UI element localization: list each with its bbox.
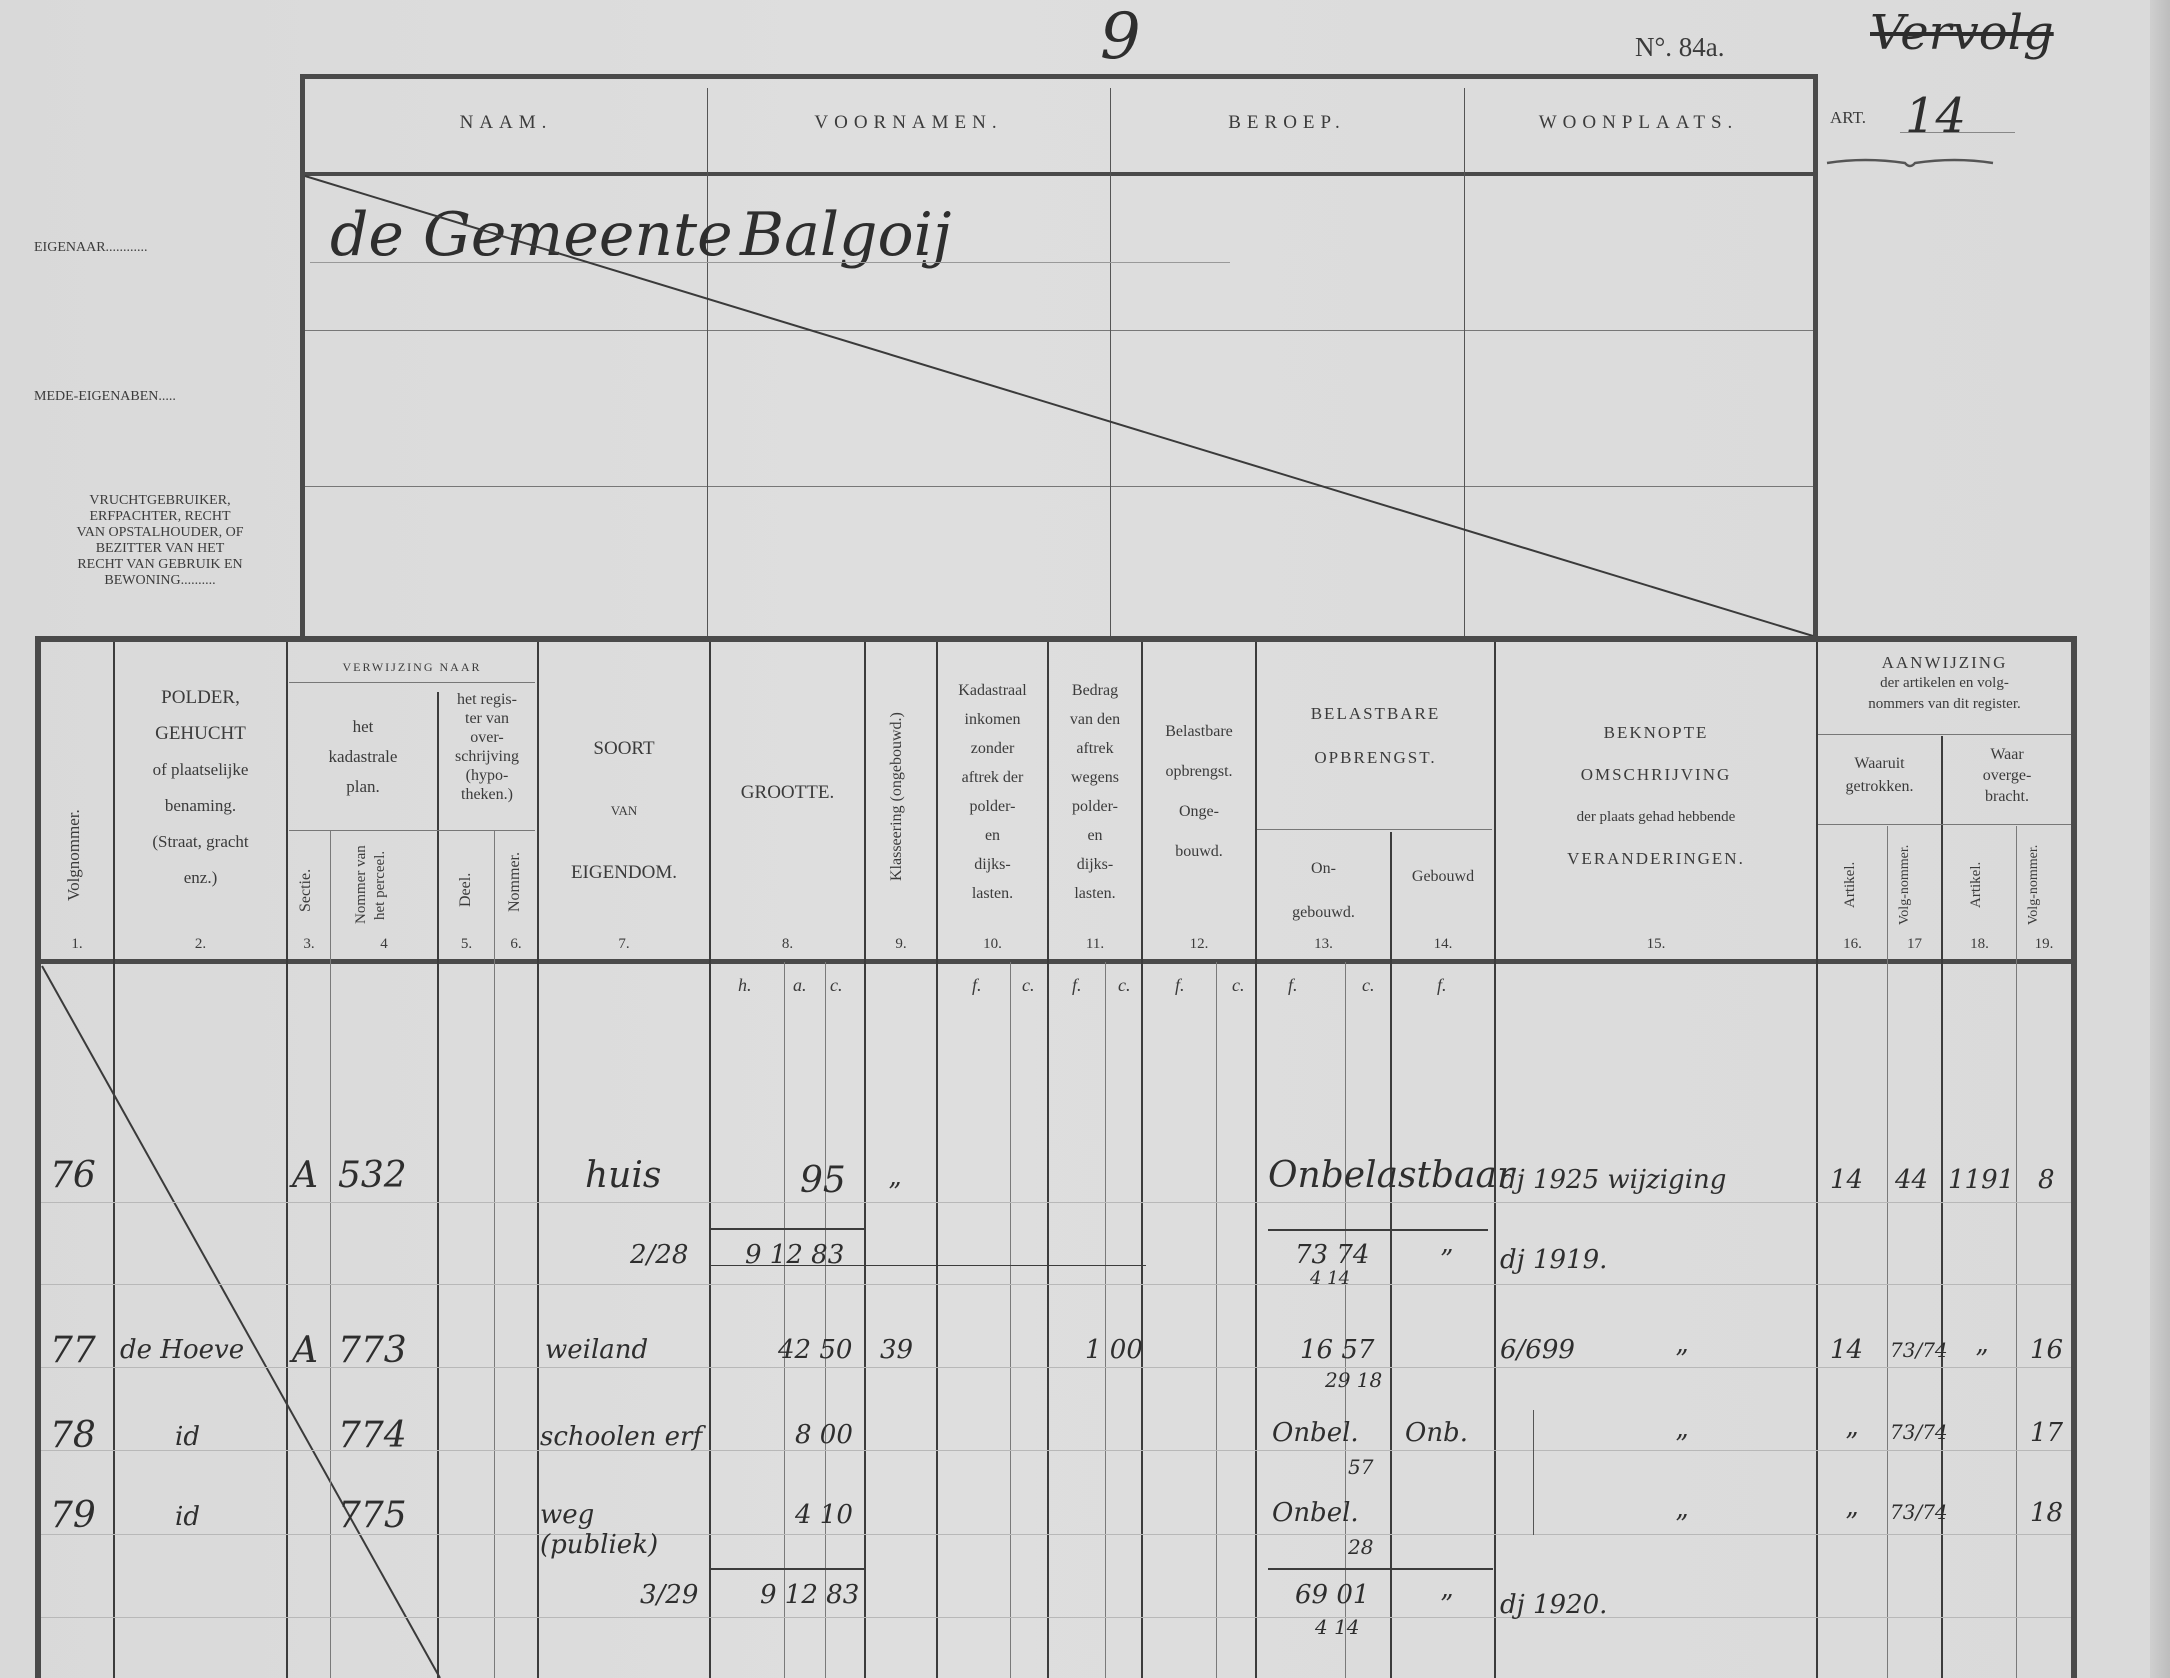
- owner-col-divider-1: [707, 88, 708, 640]
- owner-box-top-border: [300, 74, 1818, 79]
- colnum-16: 16.: [1818, 936, 1887, 953]
- unit-f-13: f.: [1288, 975, 1298, 996]
- col-divider-2-3: [286, 642, 288, 1678]
- grootte-sub-a: [784, 962, 785, 1678]
- page-number: 9: [1100, 0, 1141, 74]
- omschrijving-bracket-line: [1533, 1410, 1534, 1535]
- row77-volgnummer-19: 16: [2030, 1335, 2063, 1365]
- row79-grootte: 4 10: [795, 1500, 853, 1530]
- header-beknopte-omschrijving: BEKNOPTE OMSCHRIJVING der plaats gehad h…: [1496, 712, 1816, 880]
- table-left-border: [35, 636, 41, 1678]
- art-value: 14: [1905, 88, 1966, 144]
- header-belastbare-opbrengst: BELASTBARE OPBRENGST.: [1257, 692, 1494, 780]
- row79-volgnummer-17: 73/74: [1890, 1500, 1948, 1524]
- header-ongebouwd: On- gebouwd.: [1257, 847, 1390, 935]
- colnum-5: 5.: [439, 936, 494, 953]
- col-divider-18-19: [2016, 826, 2017, 1678]
- header-klasseering: Klasseering (ongebouwd.): [888, 672, 906, 922]
- header-gebouwd: Gebouwd: [1392, 868, 1494, 886]
- owner-col-divider-2: [1110, 88, 1111, 640]
- art-label: ART.: [1830, 108, 1866, 128]
- owner-row-divider-1: [305, 330, 1813, 331]
- colnum-4: 4: [331, 936, 437, 953]
- row77-omschrijving: 6/699: [1500, 1335, 1575, 1365]
- subtotal2-omschrijving: dj 1920.: [1500, 1590, 1607, 1620]
- grootte-sub-c: [825, 962, 826, 1678]
- unit-f-14: f.: [1437, 975, 1447, 996]
- row76-omschrijving: dj 1925 wijziging: [1500, 1165, 1726, 1195]
- header-aanwijzing: AANWIJZING der artikelen en volg- nommer…: [1818, 652, 2071, 715]
- grootte-subtotal-rule-1: [711, 1228, 864, 1230]
- row77-polder: de Hoeve: [120, 1335, 244, 1365]
- row76-artikel-18: 1191: [1948, 1165, 2014, 1195]
- row76-volgnummer: 76: [50, 1155, 96, 1196]
- colnum-15: 15.: [1496, 936, 1816, 953]
- table-header-divider: [35, 959, 2077, 964]
- page-edge: [2150, 0, 2170, 1678]
- row78-volgnummer: 78: [50, 1415, 96, 1456]
- row77-aftrek: 1 00: [1085, 1335, 1143, 1365]
- unit-f-11: f.: [1072, 975, 1082, 996]
- subtotal1-belastbaar: 73 74: [1295, 1240, 1369, 1270]
- header-register-hypotheken: het regis- ter van over- schrijving (hyp…: [439, 690, 535, 804]
- row76-artikel-16: 14: [1830, 1165, 1863, 1195]
- header-belastbare-ongebouwd: Belastbare opbrengst. Onge- bouwd.: [1143, 712, 1255, 872]
- label-eigenaar: EIGENAAR............: [34, 240, 148, 256]
- subtotal1-grootte: 9 12 83: [745, 1240, 844, 1270]
- col-divider-5-6: [494, 830, 495, 1678]
- aanwijzing-divider: [1818, 734, 2071, 735]
- colnum-11: 11.: [1049, 936, 1141, 953]
- unit-c-13: c.: [1362, 975, 1375, 996]
- row79-perceel: 775: [338, 1495, 407, 1536]
- verwijzing-divider: [289, 682, 535, 683]
- belastbare-sub-divider: [1257, 829, 1492, 830]
- eigenaar-voornamen: Balgoij: [740, 200, 951, 270]
- subtotal1-gebouwd-ditto: ”: [1440, 1245, 1453, 1275]
- row78-soort: schoolen erf: [540, 1420, 705, 1454]
- header-nommer-perceel: Nommer van het perceel.: [352, 840, 418, 930]
- row76-grootte: 95: [800, 1160, 846, 1201]
- row79-artikel-16: ”: [1845, 1508, 1858, 1538]
- header-bedrag-aftrek: Bedrag van den aftrek wegens polder- en …: [1049, 676, 1141, 908]
- header-beroep: BEROEP.: [1110, 112, 1464, 134]
- colnum-8: 8.: [711, 936, 864, 953]
- row77-belastbaar-sub: 29 18: [1325, 1368, 1382, 1392]
- col12-sub: [1216, 962, 1217, 1678]
- subtotal1-belastbaar-sub: 4 14: [1310, 1268, 1350, 1289]
- colnum-6: 6.: [495, 936, 537, 953]
- rule-2: [41, 1284, 2071, 1285]
- row79-volgnummer-19: 18: [2030, 1498, 2063, 1528]
- row78-grootte: 8 00: [795, 1420, 853, 1450]
- row79-omschrijving-ditto: ”: [1675, 1510, 1688, 1540]
- subtotal2-gebouwd-ditto: ”: [1440, 1590, 1453, 1620]
- row77-volgnummer: 77: [50, 1330, 96, 1371]
- row76-volgnummer-19: 8: [2038, 1165, 2055, 1195]
- subtotal2-belastbaar-sub: 4 14: [1315, 1615, 1360, 1639]
- owner-header-divider: [300, 172, 1818, 176]
- eigenaar-underline: [310, 262, 1230, 263]
- aanwijzing-sub-divider: [1818, 824, 2071, 825]
- colnum-19: 19.: [2017, 936, 2071, 953]
- col13-sub: [1345, 962, 1346, 1678]
- colnum-7: 7.: [539, 936, 709, 953]
- row78-volgnummer-19: 17: [2030, 1418, 2063, 1448]
- colnum-18: 18.: [1943, 936, 2016, 953]
- row77-omschrijving-ditto: ”: [1675, 1345, 1688, 1375]
- flourish-divider: [1825, 155, 1995, 175]
- row77-perceel: 773: [338, 1330, 407, 1371]
- colnum-3: 3.: [288, 936, 330, 953]
- row76-sectie: A: [292, 1155, 318, 1196]
- row76-perceel: 532: [338, 1155, 407, 1196]
- owner-row-divider-2: [305, 486, 1813, 487]
- header-waaruit: Waaruit getrokken.: [1818, 752, 1941, 798]
- subtotal2-belastbaar: 69 01: [1295, 1580, 1369, 1610]
- col10-sub: [1010, 962, 1011, 1678]
- label-vruchtgebruiker: VRUCHTGEBRUIKER, ERFPACHTER, RECHT VAN O…: [30, 493, 290, 589]
- header-voornamen: VOORNAMEN.: [707, 112, 1110, 134]
- row79-polder: id: [175, 1502, 200, 1532]
- row77-klasse: 39: [880, 1335, 913, 1365]
- subtotal2-grootte: 9 12 83: [760, 1580, 859, 1610]
- header-grootte: GROOTTE.: [711, 782, 864, 804]
- row78-volgnummer-17: 73/74: [1890, 1420, 1948, 1444]
- unit-c-12: c.: [1232, 975, 1245, 996]
- verwijzing-sub-divider: [289, 830, 535, 831]
- subtotal1-omschrijving: dj 1919.: [1500, 1245, 1607, 1275]
- colnum-1: 1.: [41, 936, 113, 953]
- row76-soort: huis: [585, 1155, 661, 1196]
- col-divider-3-4: [330, 830, 331, 1678]
- header-artikel-16: Artikel.: [1842, 845, 1859, 925]
- row77-artikel-18: ”: [1975, 1345, 1988, 1375]
- header-volgnummer-19: Volg-nommer.: [2025, 840, 2063, 930]
- col-divider-8-9: [864, 642, 866, 1678]
- form-number: N°. 84a.: [1635, 32, 1725, 63]
- eigenaar-naam: de Gemeente: [330, 200, 733, 270]
- colnum-14: 14.: [1392, 936, 1494, 953]
- header-waar-overgebracht: Waar overge- bracht.: [1943, 744, 2071, 807]
- col-divider-12-13: [1255, 642, 1257, 1678]
- unit-a: a.: [793, 975, 807, 996]
- row78-perceel: 774: [338, 1415, 407, 1456]
- grootte-subtotal-rule-2: [711, 1568, 864, 1570]
- colnum-9: 9.: [866, 936, 936, 953]
- unit-h: h.: [738, 975, 752, 996]
- row77-belastbaar: 16 57: [1300, 1335, 1374, 1365]
- rule-1: [41, 1202, 2071, 1203]
- header-kadastrale-plan: het kadastrale plan.: [289, 712, 437, 802]
- unit-f-12: f.: [1175, 975, 1185, 996]
- table-top-border: [35, 636, 2077, 642]
- row77-volgnummer-17: 73/74: [1890, 1338, 1948, 1362]
- row78-artikel-16: ”: [1845, 1428, 1858, 1458]
- row79-soort: weg (publiek): [540, 1500, 705, 1560]
- owner-box-right-border: [1813, 74, 1818, 640]
- row76-klasse: ”: [888, 1178, 901, 1208]
- subtotal1-label: 2/28: [630, 1240, 688, 1270]
- vervolg-struck: Vervolg: [1870, 5, 2054, 61]
- table-right-border: [2071, 636, 2077, 1678]
- unit-c: c.: [830, 975, 843, 996]
- col-divider-16-17: [1887, 826, 1888, 1678]
- row76-belastbaar: Onbelastbaar: [1268, 1155, 1514, 1196]
- colnum-2: 2.: [115, 936, 286, 953]
- row79-belastbaar: Onbel.: [1272, 1498, 1359, 1528]
- colnum-17: 17: [1888, 936, 1941, 953]
- rule-6: [41, 1617, 2071, 1618]
- header-naam: NAAM.: [305, 112, 707, 134]
- colnum-10: 10.: [938, 936, 1047, 953]
- owner-col-divider-3: [1464, 88, 1465, 640]
- colnum-13: 13.: [1257, 936, 1390, 953]
- header-woonplaats: WOONPLAATS.: [1464, 112, 1813, 134]
- art-underline: [1900, 132, 2015, 133]
- owner-box-left-border: [300, 74, 305, 640]
- unit-c-10: c.: [1022, 975, 1035, 996]
- header-volgnummer: Volgnommer.: [64, 780, 84, 930]
- col-divider-17-18: [1941, 736, 1943, 1678]
- belastbaar-subtotal-rule-2: [1268, 1568, 1493, 1570]
- row78-belastbaar-sub: 57: [1348, 1455, 1373, 1479]
- label-mede-eigenaren: MEDE-EIGENABEN.....: [34, 389, 176, 405]
- header-polder: POLDER, GEHUCHT of plaatselijke benaming…: [115, 680, 286, 896]
- row77-artikel-16: 14: [1830, 1335, 1863, 1365]
- row77-soort: weiland: [545, 1335, 648, 1365]
- col-divider-4-5: [437, 692, 439, 1678]
- header-nommer: Nommer.: [506, 840, 524, 925]
- row78-belastbaar: Onbel.: [1272, 1418, 1359, 1448]
- header-sectie: Sectie.: [297, 855, 315, 925]
- header-soort-eigendom: SOORT VAN EIGENDOM.: [539, 718, 709, 904]
- header-volgnummer-17: Volg-nommer.: [1896, 840, 1934, 930]
- subtotal2-label: 3/29: [640, 1580, 698, 1610]
- row78-polder: id: [175, 1422, 200, 1452]
- row76-volgnummer-17: 44: [1895, 1165, 1928, 1195]
- header-artikel-18: Artikel.: [1968, 845, 1985, 925]
- colnum-12: 12.: [1143, 936, 1255, 953]
- belastbaar-subtotal-rule-1: [1268, 1229, 1488, 1231]
- row79-volgnummer: 79: [50, 1495, 96, 1536]
- unit-f-10: f.: [972, 975, 982, 996]
- row78-omschrijving-ditto: ”: [1675, 1430, 1688, 1460]
- row77-grootte: 42 50: [778, 1335, 852, 1365]
- header-kadastraal-inkomen: Kadastraal inkomen zonder aftrek der pol…: [938, 676, 1047, 908]
- col11-sub: [1105, 962, 1106, 1678]
- row78-gebouwd: Onb.: [1405, 1418, 1468, 1448]
- header-deel: Deel.: [457, 860, 475, 920]
- col-divider-13-14: [1390, 832, 1392, 1678]
- unit-c-11: c.: [1118, 975, 1131, 996]
- row77-sectie: A: [292, 1330, 318, 1371]
- row79-belastbaar-sub: 28: [1348, 1535, 1373, 1559]
- header-verwijzing: VERWIJZING NAAR: [289, 660, 535, 675]
